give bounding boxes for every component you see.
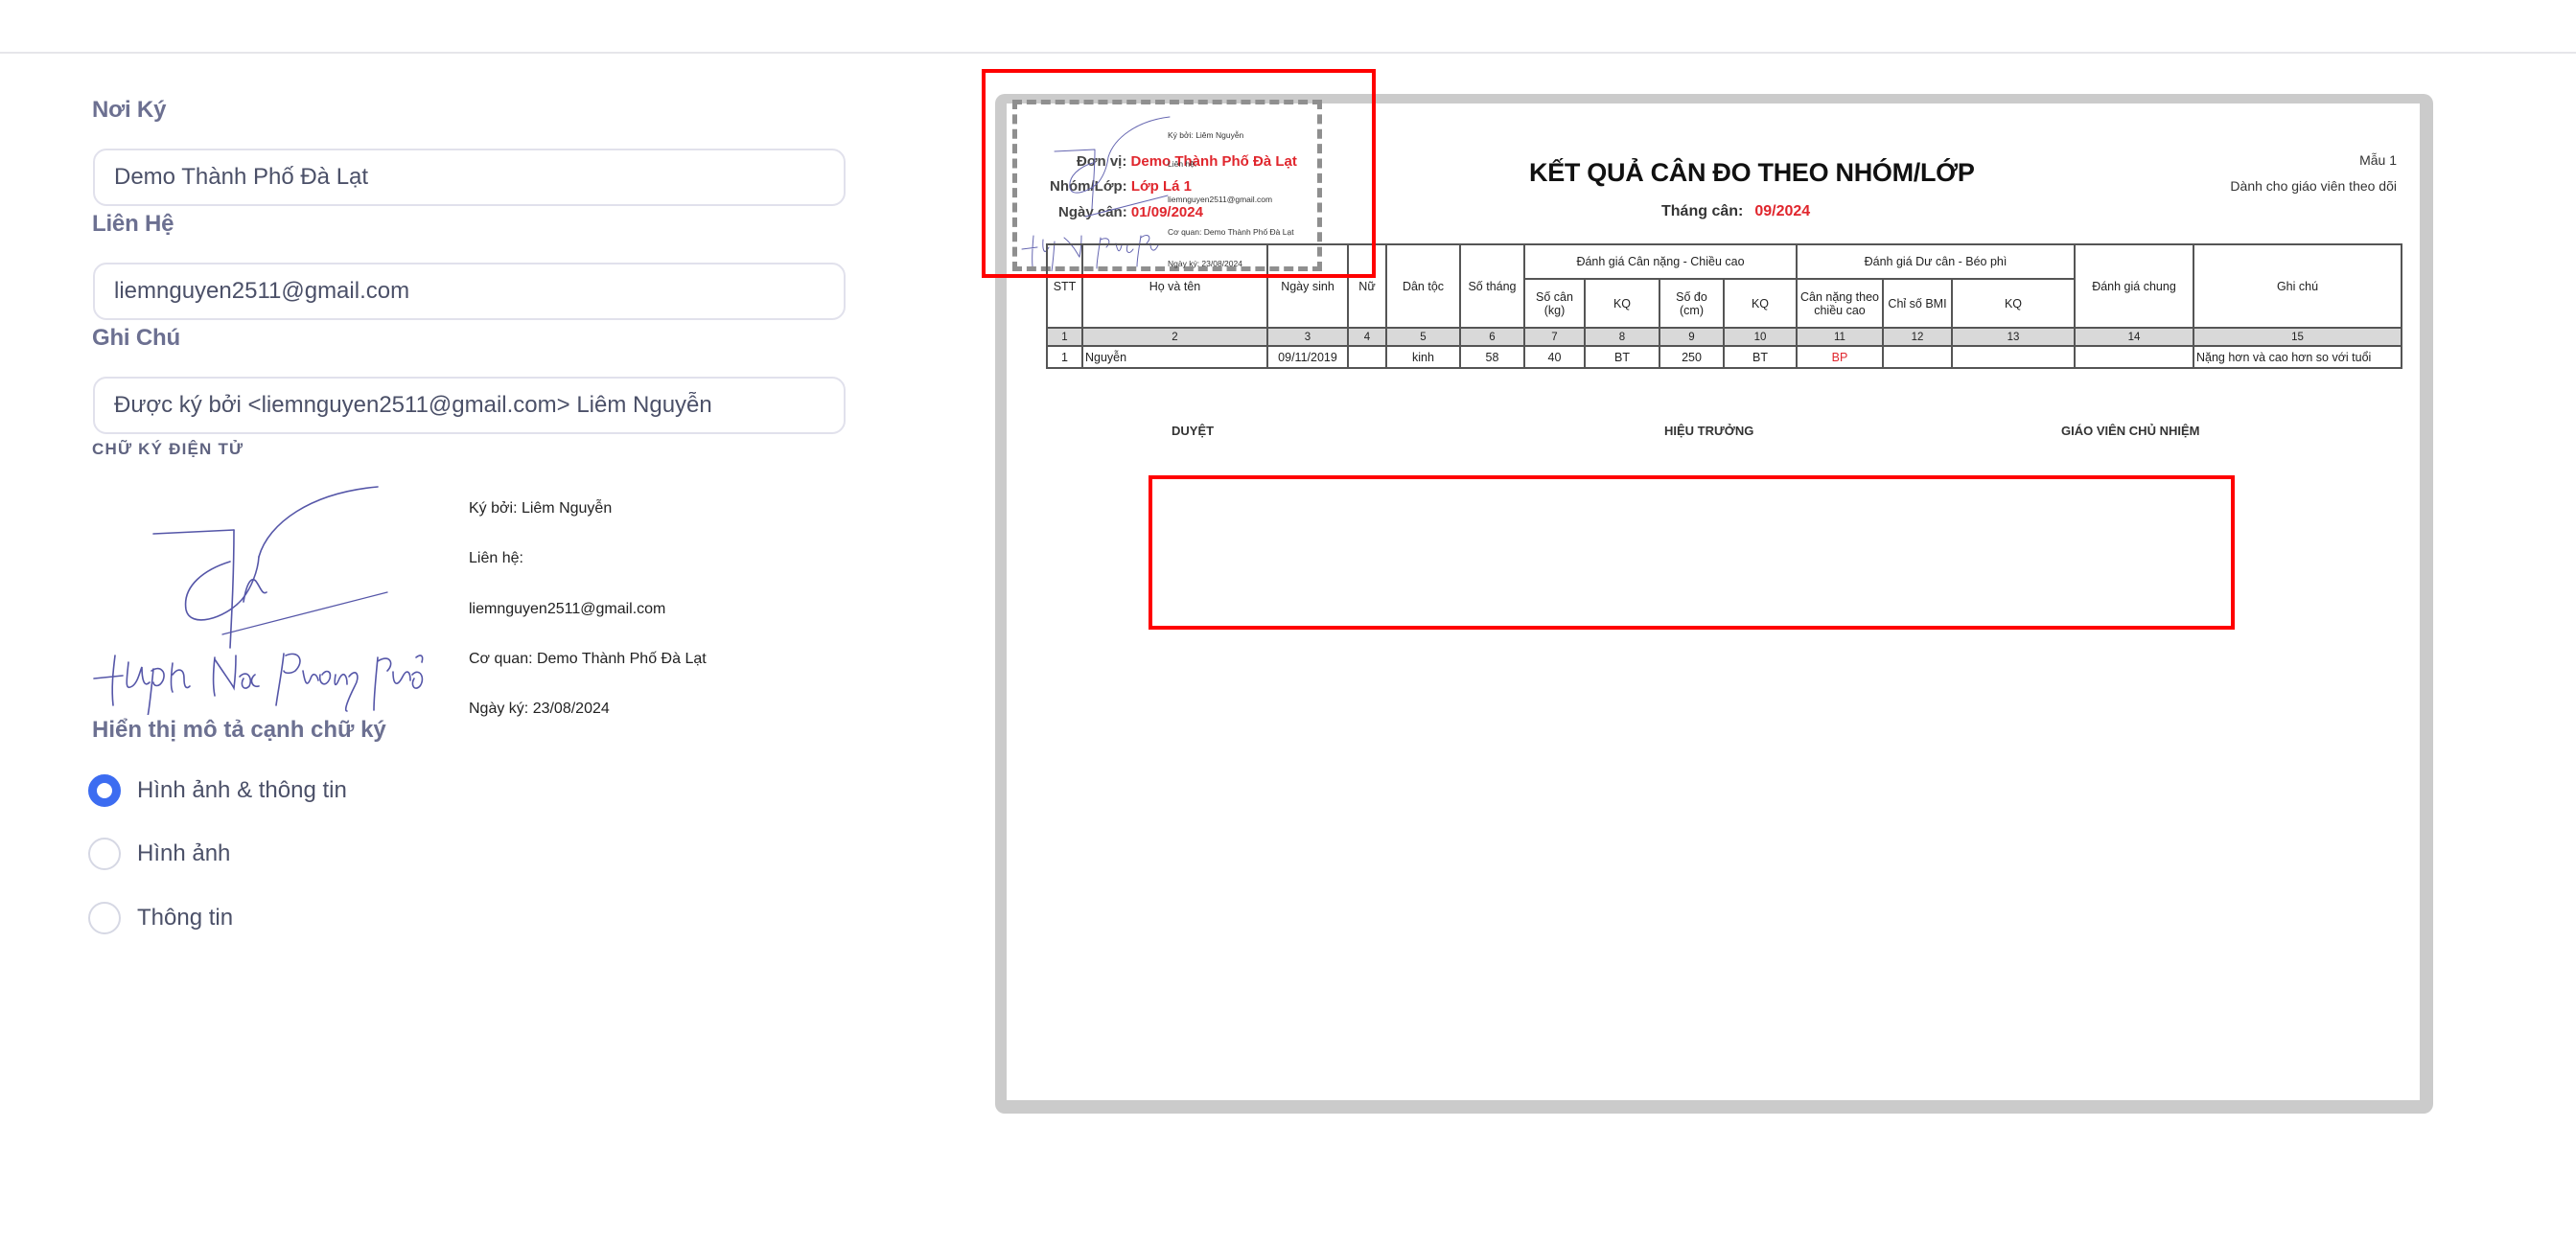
radio-info[interactable]: Thông tin <box>88 902 233 934</box>
signature-info: Ký bởi: Liêm Nguyễn Liên hệ: liemnguyen2… <box>469 496 707 747</box>
sign-role-homeroom-teacher: GIÁO VIÊN CHỦ NHIỆM <box>2061 424 2199 438</box>
display-mode-label: Hiển thị mô tả cạnh chữ ký <box>92 717 386 744</box>
document-title: KẾT QUẢ CÂN ĐO THEO NHÓM/LỚP <box>1529 158 1975 188</box>
document-month: Tháng cân:09/2024 <box>1661 203 1810 220</box>
col-height-result: KQ <box>1724 279 1797 328</box>
radio-checked-icon[interactable] <box>88 774 121 807</box>
col-height: Số đo (cm) <box>1659 279 1724 328</box>
radio-label: Thông tin <box>137 905 233 931</box>
note-input[interactable] <box>93 377 846 434</box>
group-weight-height: Đánh giá Cân nặng - Chiều cao <box>1524 244 1797 279</box>
document-form-subtitle: Dành cho giáo viên theo dõi <box>2230 178 2397 194</box>
sign-role-principal: HIỆU TRƯỞNG <box>1664 424 1753 438</box>
col-bmi: Chỉ số BMI <box>1883 279 1952 328</box>
col-note: Ghi chú <box>2193 244 2402 328</box>
radio-image[interactable]: Hình ảnh <box>88 838 230 870</box>
note-label: Ghi Chú <box>92 325 180 352</box>
signature-image <box>90 466 454 715</box>
contact-label: Liên Hệ <box>92 211 174 238</box>
organization-line: Cơ quan: Demo Thành Phố Đà Lạt <box>469 647 707 697</box>
sign-role-approve: DUYỆT <box>1172 424 1214 438</box>
signature-placement-box[interactable] <box>982 69 1376 278</box>
radio-unchecked-icon[interactable] <box>88 838 121 870</box>
signer-line: Ký bởi: Liêm Nguyễn <box>469 496 707 546</box>
signature-target-area[interactable] <box>1149 475 2235 630</box>
col-weight: Số cân (kg) <box>1524 279 1585 328</box>
group-overweight: Đánh giá Dư cân - Béo phì <box>1797 244 2075 279</box>
signing-place-label: Nơi Ký <box>92 97 166 124</box>
col-months: Số tháng <box>1460 244 1524 328</box>
sign-date-line: Ngày ký: 23/08/2024 <box>469 697 707 747</box>
signing-place-input[interactable] <box>93 149 846 206</box>
e-signature-caption: CHỮ KÝ ĐIỆN TỬ <box>92 440 244 459</box>
col-weight-result: KQ <box>1585 279 1659 328</box>
email-line: liemnguyen2511@gmail.com <box>469 597 707 647</box>
contact-input[interactable] <box>93 263 846 320</box>
table-row: 1 Nguyễn 09/11/2019 kinh 58 40 BT 250 BT… <box>1047 346 2402 368</box>
col-overall: Đánh giá chung <box>2075 244 2193 328</box>
column-number-row: 1 2 3 4 5 6 7 8 9 10 11 12 13 14 15 <box>1047 328 2402 346</box>
radio-label: Hình ảnh <box>137 840 230 867</box>
radio-label: Hình ảnh & thông tin <box>137 777 347 804</box>
radio-image-and-info[interactable]: Hình ảnh & thông tin <box>88 774 347 807</box>
radio-unchecked-icon[interactable] <box>88 902 121 934</box>
contact-line: Liên hệ: <box>469 546 707 596</box>
col-ethnicity: Dân tộc <box>1386 244 1460 328</box>
col-overweight-result: KQ <box>1952 279 2075 328</box>
top-bar <box>0 0 2576 54</box>
document-form-number: Mẫu 1 <box>2359 152 2397 168</box>
col-weight-for-height: Cân nặng theo chiều cao <box>1797 279 1883 328</box>
